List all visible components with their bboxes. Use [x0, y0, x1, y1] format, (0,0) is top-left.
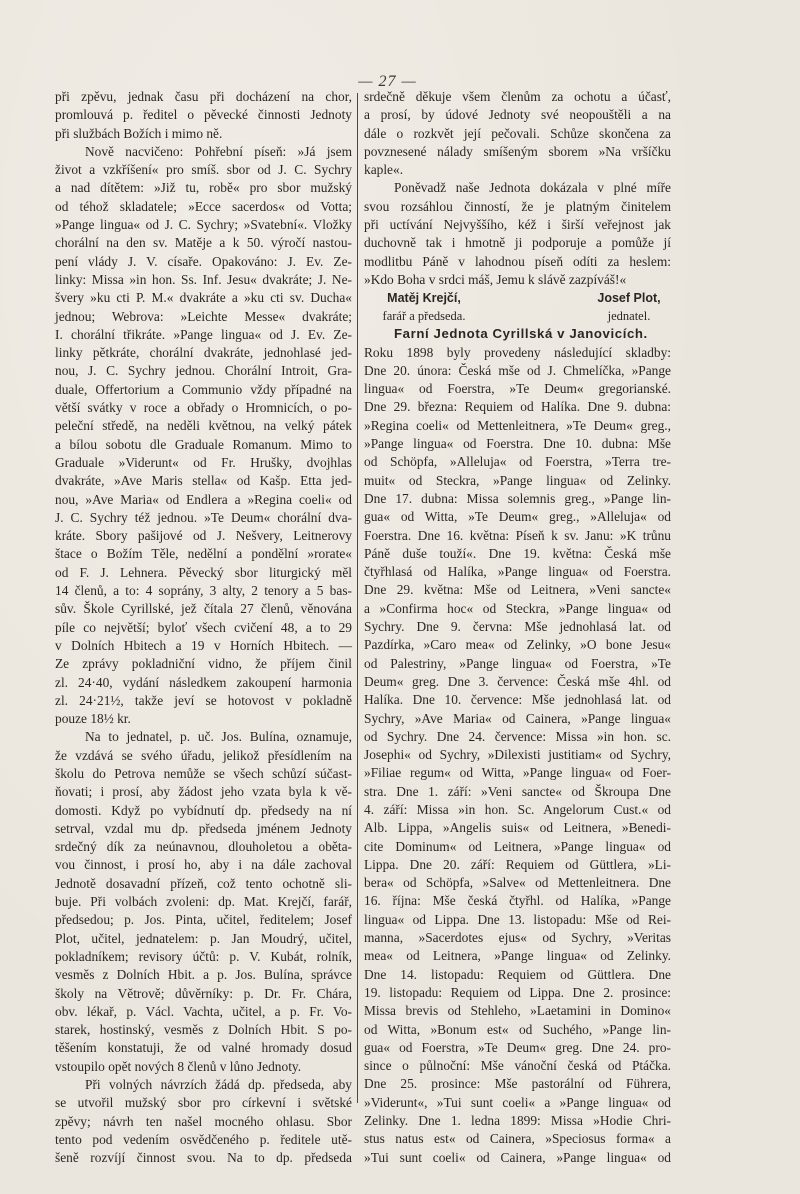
text-line: Páně duše touží«. Dne 19. května: Česká … [364, 545, 671, 563]
text-line: starek, hostinský, vesměs z Dolních Hbit… [55, 1021, 352, 1039]
text-line: »Tui sunt coeli« od Cainera, »Pange ling… [364, 1149, 671, 1167]
text-line: modlitbu Páně v lahodnou píseň odíti za … [364, 253, 671, 271]
text-line: Dne 25. prosince: Mše pastorální od Führ… [364, 1075, 671, 1093]
text-line: Dne 14. listopadu: Requiem od Güttlera. … [364, 966, 671, 984]
column-divider [357, 93, 358, 1103]
section-heading: Farní Jednota Cyrillská v Janovicích. [364, 325, 671, 343]
right-column: srdečně děkuje všem členům za ochotu a ú… [364, 88, 671, 1167]
text-line: »Filiae regum« od Witta, »Pange lingua« … [364, 764, 671, 782]
text-line: tento pod vedením osvědčeného p. ředitel… [55, 1131, 352, 1149]
signature-name: Josef Plot, [579, 289, 679, 307]
text-line: I. chorální třikráte. »Pange lingua« od … [55, 326, 352, 344]
text-line: Plot, učitel, jednatelem: p. Jan Moudrý,… [55, 930, 352, 948]
text-line: a bílou sobotu dle Graduale Romanum. Mim… [55, 436, 352, 454]
text-line: domosti. Když po vybídnutí dp. předsedy … [55, 802, 352, 820]
text-line: od téhož skladatele; »Ecce sacerdos« od … [55, 198, 352, 216]
text-line: školy na Větrově; důvěrníky: p. Dr. Fr. … [55, 985, 352, 1003]
text-line: Nově nacvičeno: Pohřební píseň: »Já jsem [55, 143, 352, 161]
left-column: při zpěvu, jednak času při docházení na … [55, 88, 352, 1168]
text-line: setrval, vzdal mu dp. předseda jménem Je… [55, 820, 352, 838]
text-line: Foerstra. Dne 16. května: Píseň k sv. Ja… [364, 527, 671, 545]
text-line: Graduale »Viderunt« od Fr. Hrušky, dvojh… [55, 454, 352, 472]
text-line: »Pange lingua« od Foerstra. Dne 10. dubn… [364, 435, 671, 453]
text-line: mea« od Leitnera, »Pange lingua« od Zeli… [364, 947, 671, 965]
text-line: muit« od Steckra, »Pange lingua« od Zeli… [364, 472, 671, 490]
text-line: Dne 17. dubna: Missa solemnis greg., »Pa… [364, 490, 671, 508]
text-line: Dne 29. března: Requiem od Halíka. Dne 9… [364, 398, 671, 416]
text-line: že vzdává se svého úřadu, jelikož přesíd… [55, 747, 352, 765]
text-line: kráte. Sbory pašijové od J. Nešvery, Lei… [55, 527, 352, 545]
text-line: duchovně tak i hmotně ji podporuje a pom… [364, 234, 671, 252]
text-line: Na to jednatel, p. uč. Jos. Bulína, ozna… [55, 728, 352, 746]
text-line: při zpěvu, jednak času při docházení na … [55, 88, 352, 106]
text-line: Dne 29. května: Mše od Leitnera, »Veni s… [364, 581, 671, 599]
text-line: svou rozsáhlou činností, že je platným č… [364, 198, 671, 216]
signature-role: farář a předseda. [364, 307, 484, 325]
text-line: bera« od Schöpfa, »Salve« od Mettenleitn… [364, 874, 671, 892]
text-line: školu do Petrova nemůže se všech schůzí … [55, 765, 352, 783]
text-line: větší svátky v roce a obřady o Hromnicíc… [55, 399, 352, 417]
right-column-intro: srdečně děkuje všem členům za ochotu a ú… [364, 88, 671, 289]
text-line: Halíka. Dne 10. července: Mše jednohlasá… [364, 691, 671, 709]
text-line: vesměs z Dolních Hbit. a p. Jos. Bulína,… [55, 966, 352, 984]
text-line: pouze 18½ kr. [55, 710, 352, 728]
text-line: při službách Božích i mimo ně. [55, 125, 352, 143]
text-line: Sychry. Dne 9. června: Mše jednohlasá la… [364, 618, 671, 636]
signature-role: jednatel. [579, 307, 679, 325]
text-line: a prosí, by údové Jednoty své neopouštěl… [364, 106, 671, 124]
text-line: Pazdírka, »Caro mea« od Zelinky, »O bone… [364, 636, 671, 654]
text-line: lingua« od Foerstra, »Te Deum« gregorian… [364, 380, 671, 398]
text-line: linky: Missa »in hon. Ss. Inf. Jesu« dva… [55, 271, 352, 289]
right-column-report: Roku 1898 byly provedeny následující skl… [364, 344, 671, 1167]
text-line: v Dolních Hbitech a 19 v Horních Hbitech… [55, 637, 352, 655]
text-line: »Pange lingua« od J. C. Sychry; »Svatebn… [55, 216, 352, 234]
text-line: Roku 1898 byly provedeny následující skl… [364, 344, 671, 362]
text-line: 16. října: Mše česká čtyřhl. od Halíka, … [364, 892, 671, 910]
text-line: Dne 20. února: Česká mše od J. Chmelíčka… [364, 362, 671, 380]
text-line: Alb. Lippa, »Angelis suis« od Leitnera, … [364, 819, 671, 837]
text-line: dále o rozkvět její pečovali. Schůze sko… [364, 125, 671, 143]
text-line: zl. 24·21½, takže jeví se hotovost v pok… [55, 692, 352, 710]
text-line: srdečný dík za neúnavnou, dlouholetou a … [55, 838, 352, 856]
text-line: a »Confirma hoc« od Steckra, »Pange ling… [364, 600, 671, 618]
text-line: od F. J. Lehnera. Pěvecký sbor liturgick… [55, 564, 352, 582]
text-line: Deum« greg. Dne 3. července: Česká mše 4… [364, 673, 671, 691]
text-line: pokladníkem; revisory účtů: p. V. Kubát,… [55, 948, 352, 966]
text-line: sův. Škole Cyrillské, jež čítala 27 člen… [55, 600, 352, 618]
text-line: při uctívání Nejvyššího, kéž i širší veř… [364, 216, 671, 234]
text-line: »Viderunt«, »Tui sunt coeli« a »Pange li… [364, 1094, 671, 1112]
signature-chairman: Matěj Krejčí, farář a předseda. [364, 289, 484, 325]
text-line: promlouvá p. ředitel o pěvecké činnosti … [55, 106, 352, 124]
text-line: »Regina coeli« od Mettenleitnera, »Te De… [364, 417, 671, 435]
text-line: kaple«. [364, 161, 671, 179]
text-line: stra. Dne 1. září: »Veni sancte« od Škro… [364, 783, 671, 801]
text-line: 19. listopadu: Requiem od Lippa. Dne 2. … [364, 984, 671, 1002]
text-line: píle co největší; byloť všech cvičení 48… [55, 619, 352, 637]
text-line: srdečně děkuje všem členům za ochotu a ú… [364, 88, 671, 106]
text-line: nou, J. C. Sychry jednou. Chorální Intro… [55, 362, 352, 380]
text-line: ňovati; i prosí, aby žádost jeho vzata b… [55, 783, 352, 801]
text-line: a nad dítětem: »Již tu, robě« pro sbor m… [55, 179, 352, 197]
text-line: švery »ku cti P. M.« dvakráte a »ku cti … [55, 289, 352, 307]
text-line: since o půlnoční: Mše vánoční česká od P… [364, 1057, 671, 1075]
signature-secretary: Josef Plot, jednatel. [579, 289, 679, 325]
text-line: J. C. Sychry též jednou. »Te Deum« chorá… [55, 509, 352, 527]
text-line: buje. Při volbách zvoleni: dp. Mat. Krej… [55, 893, 352, 911]
text-line: Při volných návrzích žádá dp. předseda, … [55, 1076, 352, 1094]
text-line: povznesené nálady smíšeným sborem »Na vr… [364, 143, 671, 161]
text-line: život a vzkříšení« pro smíš. sbor od J. … [55, 161, 352, 179]
text-line: vou činnost, i prosí ho, aby i na dále z… [55, 856, 352, 874]
text-line: Zelinky. Dne 1. ledna 1899: Missa »Hodie… [364, 1112, 671, 1130]
signatures: Matěj Krejčí, farář a předseda. Josef Pl… [364, 289, 671, 325]
text-line: Missa brevis od Stehleho, »Laetamini in … [364, 1002, 671, 1020]
text-line: těšením konstatuji, že od valné hromady … [55, 1039, 352, 1057]
text-line: dvakráte, »Ave Maris stella« od Kašp. Et… [55, 472, 352, 490]
text-line: Sychry, »Ave Maria« od Cainera, »Pange l… [364, 710, 671, 728]
text-line: od Schöpfa, »Alleluja« od Foerstra, »Ter… [364, 453, 671, 471]
text-line: od Palestriny, »Pange lingua« od Foerstr… [364, 655, 671, 673]
scanned-page: — 27 — při zpěvu, jednak času při docház… [0, 0, 800, 1194]
text-line: stus natus est« od Cainera, »Speciosus f… [364, 1130, 671, 1148]
text-line: předsedou; p. Jos. Pinta, učitel, ředite… [55, 911, 352, 929]
text-line: 4. září: Missa »in hon. Sc. Angelorum Cu… [364, 801, 671, 819]
text-line: Lippa. Dne 20. září: Requiem od Güttlera… [364, 856, 671, 874]
text-line: chorální na den sv. Matěje a k 50. výroč… [55, 234, 352, 252]
text-line: pení vlády J. V. císaře. Opakováno: J. E… [55, 253, 352, 271]
text-line: duale, Offertorium a Communio vždy přípa… [55, 381, 352, 399]
text-line: Poněvadž naše Jednota dokázala v plné mí… [364, 179, 671, 197]
signature-name: Matěj Krejčí, [364, 289, 484, 307]
text-line: se utvořil mužský sbor pro církevní i sv… [55, 1094, 352, 1112]
text-line: cite Dominum« od Leitnera, »Pange lingua… [364, 838, 671, 856]
text-line: obv. lékař, p. Václ. Vachta, učitel, a p… [55, 1003, 352, 1021]
text-line: manna, »Sacerdotes ejus« od Sychry, »Ver… [364, 929, 671, 947]
text-line: Jednotě dosavadní přízeň, což tento ocho… [55, 875, 352, 893]
text-line: »Kdo Boha v srdci máš, Jemu k slávě zazp… [364, 271, 671, 289]
text-line: gua« od Foerstra, »Te Deum« greg. Dne 24… [364, 1039, 671, 1057]
text-line: šeně rozvíjí činnost svou. Na to dp. pře… [55, 1149, 352, 1167]
text-line: zpěvy; návrh ten našel mocného ohlasu. S… [55, 1113, 352, 1131]
text-line: čtyřhlasá od Halíka, »Pange lingua« od F… [364, 563, 671, 581]
text-line: nou, »Ave Maria« od Endlera a »Regina co… [55, 491, 352, 509]
text-line: vstoupilo opět nových 8 členů v lůno Jed… [55, 1058, 352, 1076]
text-line: zl. 24·40, vydání následkem zakoupení ha… [55, 674, 352, 692]
text-line: lingua« od Lippa. Dne 13. listopadu: Mše… [364, 911, 671, 929]
text-line: jednou; Webrova: »Leichte Messe« dvakrát… [55, 308, 352, 326]
text-line: linky pětkráte, chorální dvakráte, jedno… [55, 344, 352, 362]
text-line: od Witta, »Bonum est« od Suchého, »Pange… [364, 1021, 671, 1039]
text-line: Josephi« od Sychry, »Dilexisti justitiam… [364, 746, 671, 764]
text-line: od Sychry. Dne 24. července: Missa »in h… [364, 728, 671, 746]
text-line: peleční středě, na neděli květnou, na ve… [55, 417, 352, 435]
text-line: Ze zprávy pokladniční vidno, že příjem č… [55, 655, 352, 673]
text-line: 14 členů, a to: 4 soprány, 3 alty, 2 ten… [55, 582, 352, 600]
text-line: gua« od Witta, »Te Deum« greg., »Alleluj… [364, 508, 671, 526]
text-line: štace o Božím Těle, nedělní a pondělní »… [55, 545, 352, 563]
